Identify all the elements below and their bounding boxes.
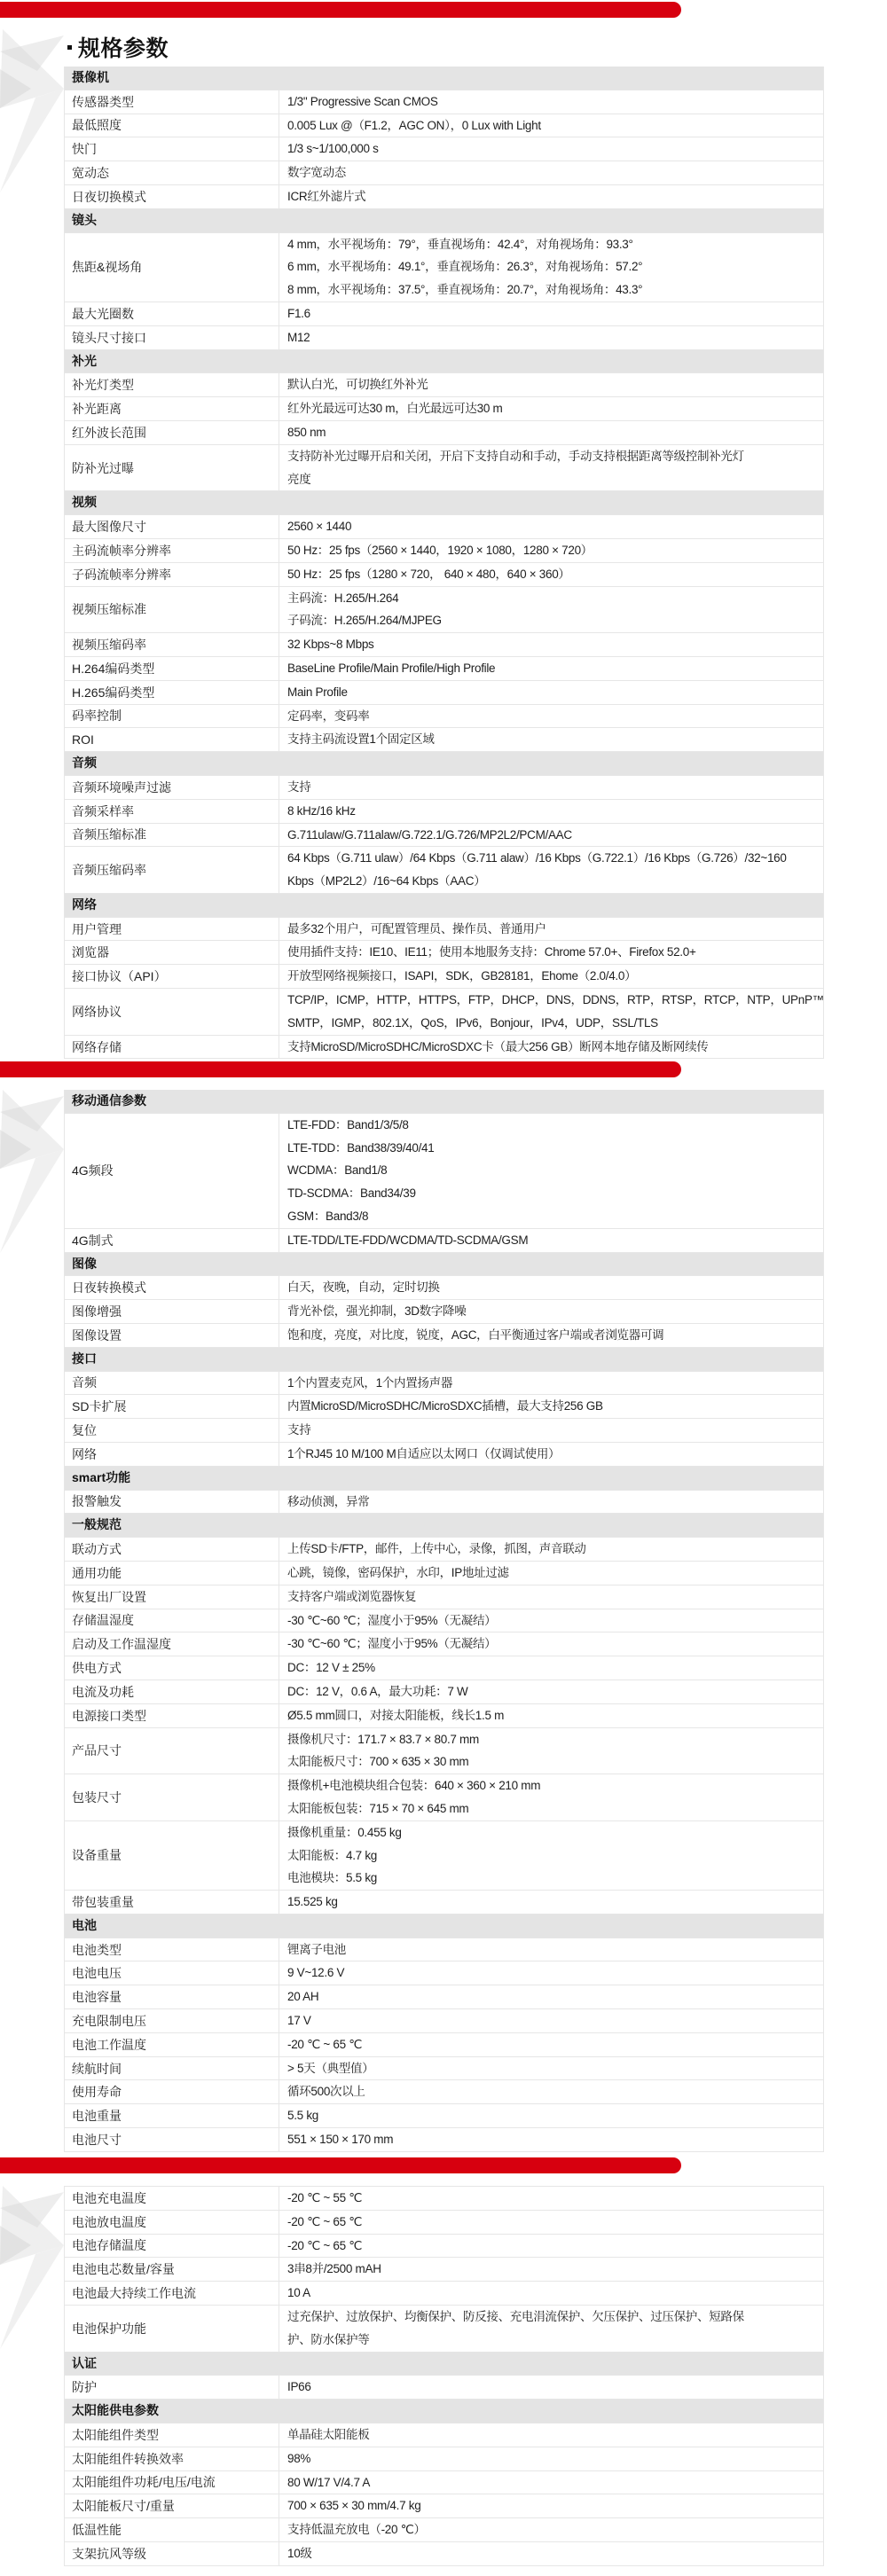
spec-label: 网络存储 (65, 1036, 279, 1059)
spec-label: 存储温湿度 (65, 1609, 279, 1633)
spec-value-line: 支持 (287, 1419, 823, 1442)
spec-row: 图像设置饱和度，亮度，对比度，锐度，AGC，白平衡通过客户端或者浏览器可调 (64, 1324, 824, 1348)
spec-value-line: BaseLine Profile/Main Profile/High Profi… (287, 657, 823, 680)
spec-value-line: LTE-FDD：Band1/3/5/8 (287, 1114, 823, 1137)
spec-value-line: LTE-TDD：Band38/39/40/41 (287, 1137, 823, 1160)
spec-row: 最大图像尺寸2560 × 1440 (64, 515, 824, 539)
spec-row: 电池放电温度-20 ℃ ~ 65 ℃ (64, 2211, 824, 2235)
section-header: 镜头 (64, 209, 824, 233)
spec-row: 电流及功耗DC：12 V，0.6 A，最大功耗：7 W (64, 1680, 824, 1704)
spec-value: 1个内置麦克风，1个内置扬声器 (279, 1372, 823, 1395)
spec-value-line: 摄像机尺寸：171.7 × 83.7 × 80.7 mm (287, 1728, 823, 1751)
spec-row: 网络存储支持MicroSD/MicroSDHC/MicroSDXC卡（最大256… (64, 1036, 824, 1060)
spec-row: 支架抗风等级10级 (64, 2542, 824, 2566)
spec-value: 10级 (279, 2542, 823, 2565)
spec-value: 700 × 635 × 30 mm/4.7 kg (279, 2494, 823, 2517)
spec-label: H.264编码类型 (65, 657, 279, 680)
spec-value: 循环500次以上 (279, 2080, 823, 2103)
spec-value-line: 8 mm，水平视场角：37.5°，垂直视场角：20.7°，对角视场角：43.3° (287, 278, 823, 301)
spec-row: 报警触发移动侦测，异常 (64, 1491, 824, 1515)
spec-value-line: -20 ℃ ~ 65 ℃ (287, 2211, 823, 2234)
spec-label: 最大光圈数 (65, 302, 279, 325)
spec-label: 支架抗风等级 (65, 2542, 279, 2565)
spec-row: 防护IP66 (64, 2376, 824, 2400)
section-header: 接口 (64, 1348, 824, 1372)
spec-label: 电池重量 (65, 2104, 279, 2127)
section-header: smart功能 (64, 1467, 824, 1491)
spec-label: 接口协议（API） (65, 965, 279, 988)
spec-value-line: 数字宽动态 (287, 161, 823, 184)
spec-label: 电池工作温度 (65, 2033, 279, 2056)
spec-row: 恢复出厂设置支持客户端或浏览器恢复 (64, 1586, 824, 1609)
spec-row: 电池存储温度-20 ℃ ~ 65 ℃ (64, 2235, 824, 2259)
spec-value-line: -20 ℃ ~ 65 ℃ (287, 2033, 823, 2056)
spec-value-line: -20 ℃ ~ 55 ℃ (287, 2187, 823, 2210)
spec-label: 设备重量 (65, 1821, 279, 1890)
spec-value-line: 过充保护、过放保护、均衡保护、防反接、充电涓流保护、欠压保护、过压保护、短路保 (287, 2306, 823, 2329)
spec-label: 补光距离 (65, 397, 279, 420)
spec-table-page-1: 摄像机传感器类型1/3" Progressive Scan CMOS最低照度0.… (64, 67, 824, 1059)
section-header-label: smart功能 (72, 1467, 130, 1490)
spec-value-line: 单晶硅太阳能板 (287, 2423, 823, 2447)
spec-row: 镜头尺寸接口M12 (64, 326, 824, 350)
spec-value-line: 支持低温充放电（-20 ℃） (287, 2518, 823, 2541)
spec-value-line: 15.525 kg (287, 1891, 823, 1914)
spec-value-line: 定码率，变码率 (287, 705, 823, 728)
spec-label: 4G制式 (65, 1229, 279, 1252)
spec-row: 启动及工作温湿度-30 ℃~60 ℃；湿度小于95%（无凝结） (64, 1633, 824, 1656)
spec-row: H.265编码类型Main Profile (64, 681, 824, 705)
spec-value-line: 32 Kbps~8 Mbps (287, 633, 823, 656)
spec-value: 0.005 Lux @（F1.2，AGC ON），0 Lux with Ligh… (279, 114, 823, 137)
spec-row: 电池电压9 V~12.6 V (64, 1961, 824, 1985)
spec-label: 太阳能板尺寸/重量 (65, 2494, 279, 2517)
spec-label: 充电限制电压 (65, 2009, 279, 2032)
spec-value-line: 6 mm，水平视场角：49.1°，垂直视场角：26.3°，对角视场角：57.2° (287, 255, 823, 278)
section-header: 图像 (64, 1253, 824, 1277)
spec-value: 过充保护、过放保护、均衡保护、防反接、充电涓流保护、欠压保护、过压保护、短路保护… (279, 2306, 823, 2352)
spec-label: 音频压缩码率 (65, 847, 279, 893)
spec-value-line: WCDMA：Band1/8 (287, 1159, 823, 1182)
spec-value: TCP/IP，ICMP，HTTP，HTTPS，FTP，DHCP，DNS，DDNS… (279, 989, 823, 1035)
spec-label: 焦距&视场角 (65, 233, 279, 301)
spec-value-line: DC：12 V ± 25% (287, 1656, 823, 1679)
spec-value-line: 上传SD卡/FTP，邮件，上传中心，录像，抓图，声音联动 (287, 1538, 823, 1561)
spec-row: 焦距&视场角4 mm，水平视场角：79°，垂直视场角：42.4°，对角视场角：9… (64, 233, 824, 302)
spec-label: 最低照度 (65, 114, 279, 137)
section-header-label: 一般规范 (72, 1514, 122, 1537)
section-header-label: 认证 (72, 2353, 97, 2376)
spec-value: 摄像机尺寸：171.7 × 83.7 × 80.7 mm太阳能板尺寸：700 ×… (279, 1728, 823, 1774)
spec-value: 移动侦测，异常 (279, 1491, 823, 1514)
section-header-label: 摄像机 (72, 67, 109, 90)
spec-value-line: LTE-TDD/LTE-FDD/WCDMA/TD-SCDMA/GSM (287, 1229, 823, 1252)
spec-value-line: 开放型网络视频接口，ISAPI，SDK，GB28181，Ehome（2.0/4.… (287, 965, 823, 988)
spec-value: 上传SD卡/FTP，邮件，上传中心，录像，抓图，声音联动 (279, 1538, 823, 1561)
spec-row: 传感器类型1/3" Progressive Scan CMOS (64, 90, 824, 114)
spec-row: 音频压缩码率64 Kbps（G.711 ulaw）/64 Kbps（G.711 … (64, 847, 824, 894)
spec-row: 浏览器使用插件支持：IE10、IE11；使用本地服务支持：Chrome 57.0… (64, 941, 824, 965)
spec-value-line: 内置MicroSD/MicroSDHC/MicroSDXC插槽，最大支持256 … (287, 1395, 823, 1418)
section-header: 移动通信参数 (64, 1090, 824, 1114)
spec-row: H.264编码类型BaseLine Profile/Main Profile/H… (64, 657, 824, 681)
spec-value: 2560 × 1440 (279, 515, 823, 538)
spec-value: 支持 (279, 1419, 823, 1442)
spec-row: 包装尺寸摄像机+电池模块组合包装：640 × 360 × 210 mm太阳能板包… (64, 1774, 824, 1821)
spec-label: 传感器类型 (65, 90, 279, 114)
spec-row: 太阳能组件转换效率98% (64, 2447, 824, 2471)
spec-row: 图像增强背光补偿，强光抑制，3D数字降噪 (64, 1300, 824, 1324)
spec-label: 电池尺寸 (65, 2128, 279, 2151)
spec-row: 4G制式LTE-TDD/LTE-FDD/WCDMA/TD-SCDMA/GSM (64, 1229, 824, 1253)
spec-value: 850 nm (279, 421, 823, 444)
decorative-triangles-icon (0, 18, 71, 195)
spec-row: 通用功能心跳，镜像，密码保护，水印，IP地址过滤 (64, 1562, 824, 1586)
spec-row: 电池重量5.5 kg (64, 2104, 824, 2128)
spec-value-line: 默认白光，可切换红外补光 (287, 373, 823, 396)
spec-label: 复位 (65, 1419, 279, 1442)
spec-label: 图像增强 (65, 1300, 279, 1323)
spec-row: 音频采样率8 kHz/16 kHz (64, 800, 824, 824)
spec-value: M12 (279, 326, 823, 349)
spec-label: 电池电压 (65, 1961, 279, 1985)
spec-value: 50 Hz：25 fps（1280 × 720， 640 × 480，640 ×… (279, 563, 823, 586)
spec-value: IP66 (279, 2376, 823, 2399)
spec-value: 64 Kbps（G.711 ulaw）/64 Kbps（G.711 alaw）/… (279, 847, 823, 893)
spec-value-line: 亮度 (287, 468, 823, 491)
spec-label: 补光灯类型 (65, 373, 279, 396)
spec-value: 红外光最远可达30 m，白光最远可达30 m (279, 397, 823, 420)
spec-value: 1/3" Progressive Scan CMOS (279, 90, 823, 114)
spec-value: 8 kHz/16 kHz (279, 800, 823, 823)
spec-label: 低温性能 (65, 2518, 279, 2541)
spec-row: 接口协议（API）开放型网络视频接口，ISAPI，SDK，GB28181，Eho… (64, 965, 824, 989)
spec-value: 支持MicroSD/MicroSDHC/MicroSDXC卡（最大256 GB）… (279, 1036, 823, 1059)
spec-label: 音频 (65, 1372, 279, 1395)
spec-row: SD卡扩展内置MicroSD/MicroSDHC/MicroSDXC插槽，最大支… (64, 1395, 824, 1419)
spec-value-line: 支持主码流设置1个固定区域 (287, 728, 823, 751)
spec-value-line: 98% (287, 2447, 823, 2470)
spec-value-line: 心跳，镜像，密码保护，水印，IP地址过滤 (287, 1562, 823, 1585)
spec-value: 50 Hz：25 fps（2560 × 1440，1920 × 1080，128… (279, 539, 823, 562)
red-header-bar (0, 1061, 681, 1077)
spec-value-line: SMTP，IGMP，802.1X，QoS，IPv6，Bonjour，IPv4，U… (287, 1012, 823, 1035)
spec-value-line: 最多32个用户，可配置管理员、操作员、普通用户 (287, 918, 823, 941)
spec-label: 电池最大持续工作电流 (65, 2282, 279, 2305)
spec-label: 电源接口类型 (65, 1704, 279, 1727)
spec-row: 电池电芯数量/容量3串8并/2500 mAH (64, 2258, 824, 2282)
spec-row: 电池尺寸551 × 150 × 170 mm (64, 2128, 824, 2152)
spec-label: 码率控制 (65, 705, 279, 728)
spec-row: 音频压缩标准G.711ulaw/G.711alaw/G.722.1/G.726/… (64, 824, 824, 848)
section-header-label: 补光 (72, 350, 97, 373)
section-header: 摄像机 (64, 67, 824, 90)
section-header: 视频 (64, 491, 824, 515)
section-header-label: 太阳能供电参数 (72, 2400, 159, 2423)
spec-row: 宽动态数字宽动态 (64, 161, 824, 185)
spec-row: 供电方式DC：12 V ± 25% (64, 1656, 824, 1680)
spec-value-line: 背光补偿，强光抑制，3D数字降噪 (287, 1300, 823, 1323)
spec-label: SD卡扩展 (65, 1395, 279, 1418)
spec-row: 码率控制定码率，变码率 (64, 705, 824, 729)
spec-label: 视频压缩码率 (65, 633, 279, 656)
spec-value: LTE-FDD：Band1/3/5/8LTE-TDD：Band38/39/40/… (279, 1114, 823, 1228)
spec-label: 浏览器 (65, 941, 279, 964)
spec-value-line: 太阳能板包装：715 × 70 × 645 mm (287, 1797, 823, 1820)
spec-value-line: GSM：Band3/8 (287, 1205, 823, 1228)
spec-value: 551 × 150 × 170 mm (279, 2128, 823, 2151)
spec-value: 内置MicroSD/MicroSDHC/MicroSDXC插槽，最大支持256 … (279, 1395, 823, 1418)
spec-label: 启动及工作温湿度 (65, 1633, 279, 1656)
spec-value: G.711ulaw/G.711alaw/G.722.1/G.726/MP2L2/… (279, 824, 823, 847)
spec-label: 恢复出厂设置 (65, 1586, 279, 1609)
spec-row: 4G频段LTE-FDD：Band1/3/5/8LTE-TDD：Band38/39… (64, 1114, 824, 1229)
spec-row: 音频1个内置麦克风，1个内置扬声器 (64, 1372, 824, 1396)
spec-label: 子码流帧率分辨率 (65, 563, 279, 586)
spec-label: 防护 (65, 2376, 279, 2399)
spec-row: 补光距离红外光最远可达30 m，白光最远可达30 m (64, 397, 824, 421)
spec-value: 1个RJ45 10 M/100 M自适应以太网口（仅调试使用） (279, 1443, 823, 1466)
spec-value: 单晶硅太阳能板 (279, 2423, 823, 2447)
spec-label: 图像设置 (65, 1324, 279, 1347)
spec-row: 续航时间> 5天（典型值） (64, 2057, 824, 2081)
spec-row: 视频压缩标准主码流：H.265/H.264子码流：H.265/H.264/MJP… (64, 587, 824, 634)
spec-label: 网络协议 (65, 989, 279, 1035)
spec-value-line: 子码流：H.265/H.264/MJPEG (287, 609, 823, 632)
spec-label: 续航时间 (65, 2057, 279, 2080)
spec-row: 设备重量摄像机重量：0.455 kg太阳能板：4.7 kg电池模块：5.5 kg (64, 1821, 824, 1891)
section-header: 认证 (64, 2353, 824, 2376)
spec-value-line: 支持防补光过曝开启和关闭，开启下支持自动和手动，手动支持根据距离等级控制补光灯 (287, 445, 823, 468)
spec-label: 4G频段 (65, 1114, 279, 1228)
spec-value-line: 移动侦测，异常 (287, 1491, 823, 1514)
spec-row: 日夜转换模式白天，夜晚，自动，定时切换 (64, 1276, 824, 1300)
spec-value: -20 ℃ ~ 65 ℃ (279, 2211, 823, 2234)
spec-value-line: -20 ℃ ~ 65 ℃ (287, 2235, 823, 2258)
spec-value-line: -30 ℃~60 ℃；湿度小于95%（无凝结） (287, 1633, 823, 1656)
spec-row: 最低照度0.005 Lux @（F1.2，AGC ON），0 Lux with … (64, 114, 824, 138)
spec-value-line: 1个RJ45 10 M/100 M自适应以太网口（仅调试使用） (287, 1443, 823, 1466)
spec-value-line: 0.005 Lux @（F1.2，AGC ON），0 Lux with Ligh… (287, 114, 823, 137)
spec-value-line: 护、防水保护等 (287, 2329, 823, 2352)
spec-value: F1.6 (279, 302, 823, 325)
spec-row: 最大光圈数F1.6 (64, 302, 824, 326)
spec-value-line: 1/3" Progressive Scan CMOS (287, 90, 823, 114)
spec-value-line: ICR红外滤片式 (287, 185, 823, 208)
spec-value-line: 17 V (287, 2009, 823, 2032)
spec-value: > 5天（典型值） (279, 2057, 823, 2080)
spec-row: 电池容量20 AH (64, 1985, 824, 2009)
spec-label: 联动方式 (65, 1538, 279, 1561)
spec-value-line: G.711ulaw/G.711alaw/G.722.1/G.726/MP2L2/… (287, 824, 823, 847)
decorative-triangles-icon (0, 2174, 71, 2352)
spec-value: ICR红外滤片式 (279, 185, 823, 208)
spec-value-line: 700 × 635 × 30 mm/4.7 kg (287, 2494, 823, 2517)
spec-value-line: M12 (287, 326, 823, 349)
spec-value-line: 摄像机+电池模块组合包装：640 × 360 × 210 mm (287, 1774, 823, 1797)
spec-label: 太阳能组件功耗/电压/电流 (65, 2471, 279, 2494)
spec-row: 主码流帧率分辨率50 Hz：25 fps（2560 × 1440，1920 × … (64, 539, 824, 563)
spec-label: 电池放电温度 (65, 2211, 279, 2234)
spec-value-line: Ø5.5 mm圆口，对接太阳能板，线长1.5 m (287, 1704, 823, 1727)
spec-row: 视频压缩码率32 Kbps~8 Mbps (64, 633, 824, 657)
spec-label: 镜头尺寸接口 (65, 326, 279, 349)
spec-label: 音频采样率 (65, 800, 279, 823)
spec-value-line: 使用插件支持：IE10、IE11；使用本地服务支持：Chrome 57.0+、F… (287, 941, 823, 964)
spec-label: 产品尺寸 (65, 1728, 279, 1774)
section-header: 一般规范 (64, 1514, 824, 1538)
spec-value-line: 电池模块：5.5 kg (287, 1867, 823, 1890)
spec-value: 80 W/17 V/4.7 A (279, 2471, 823, 2494)
spec-row: 存储温湿度-30 ℃~60 ℃；湿度小于95%（无凝结） (64, 1609, 824, 1633)
spec-row: 电池保护功能过充保护、过放保护、均衡保护、防反接、充电涓流保护、欠压保护、过压保… (64, 2306, 824, 2353)
title-bullet-icon (67, 45, 72, 50)
spec-value: 17 V (279, 2009, 823, 2032)
section-header-label: 移动通信参数 (72, 1090, 146, 1113)
spec-value: DC：12 V，0.6 A，最大功耗：7 W (279, 1680, 823, 1703)
spec-value-line: 50 Hz：25 fps（2560 × 1440，1920 × 1080，128… (287, 539, 823, 562)
spec-row: 电池工作温度-20 ℃ ~ 65 ℃ (64, 2033, 824, 2057)
spec-row: 低温性能支持低温充放电（-20 ℃） (64, 2518, 824, 2542)
spec-value: 9 V~12.6 V (279, 1961, 823, 1985)
spec-value-line: 10 A (287, 2282, 823, 2305)
spec-label: 通用功能 (65, 1562, 279, 1585)
spec-label: 最大图像尺寸 (65, 515, 279, 538)
spec-value: 支持防补光过曝开启和关闭，开启下支持自动和手动，手动支持根据距离等级控制补光灯亮… (279, 445, 823, 491)
spec-value: 开放型网络视频接口，ISAPI，SDK，GB28181，Ehome（2.0/4.… (279, 965, 823, 988)
spec-value-line: 3串8并/2500 mAH (287, 2258, 823, 2281)
spec-label: 报警触发 (65, 1491, 279, 1514)
spec-label: 供电方式 (65, 1656, 279, 1679)
spec-value: 饱和度，亮度，对比度，锐度，AGC，白平衡通过客户端或者浏览器可调 (279, 1324, 823, 1347)
spec-value-line: 9 V~12.6 V (287, 1961, 823, 1985)
spec-value: -20 ℃ ~ 55 ℃ (279, 2187, 823, 2210)
spec-value-line: TCP/IP，ICMP，HTTP，HTTPS，FTP，DHCP，DNS，DDNS… (287, 989, 823, 1012)
spec-label: 音频环境噪声过滤 (65, 776, 279, 799)
section-header-label: 音频 (72, 752, 97, 775)
spec-row: 日夜切换模式ICR红外滤片式 (64, 185, 824, 209)
spec-value: 支持客户端或浏览器恢复 (279, 1586, 823, 1609)
spec-row: 用户管理最多32个用户，可配置管理员、操作员、普通用户 (64, 918, 824, 942)
spec-value: 32 Kbps~8 Mbps (279, 633, 823, 656)
spec-row: 使用寿命循环500次以上 (64, 2080, 824, 2104)
spec-label: 电池容量 (65, 1985, 279, 2008)
spec-value-line: 支持 (287, 776, 823, 799)
spec-value-line: 5.5 kg (287, 2104, 823, 2127)
spec-value: 10 A (279, 2282, 823, 2305)
spec-value-line: 2560 × 1440 (287, 515, 823, 538)
spec-row: 防补光过曝支持防补光过曝开启和关闭，开启下支持自动和手动，手动支持根据距离等级控… (64, 445, 824, 492)
spec-row: 红外波长范围850 nm (64, 421, 824, 445)
spec-row: 电池类型锂离子电池 (64, 1938, 824, 1962)
spec-value-line: 850 nm (287, 421, 823, 444)
spec-value-line: 支持MicroSD/MicroSDHC/MicroSDXC卡（最大256 GB）… (287, 1036, 823, 1059)
spec-row: 产品尺寸摄像机尺寸：171.7 × 83.7 × 80.7 mm太阳能板尺寸：7… (64, 1728, 824, 1775)
spec-label: 网络 (65, 1443, 279, 1466)
section-header: 电池 (64, 1914, 824, 1938)
spec-value-line: 锂离子电池 (287, 1938, 823, 1961)
section-header-label: 电池 (72, 1914, 97, 1938)
spec-value-line: DC：12 V，0.6 A，最大功耗：7 W (287, 1680, 823, 1703)
spec-label: 红外波长范围 (65, 421, 279, 444)
spec-value-line: 红外光最远可达30 m，白光最远可达30 m (287, 397, 823, 420)
spec-value: LTE-TDD/LTE-FDD/WCDMA/TD-SCDMA/GSM (279, 1229, 823, 1252)
spec-value: 支持低温充放电（-20 ℃） (279, 2518, 823, 2541)
spec-value: 1/3 s~1/100,000 s (279, 137, 823, 161)
spec-label: ROI (65, 728, 279, 751)
spec-row: 子码流帧率分辨率50 Hz：25 fps（1280 × 720， 640 × 4… (64, 563, 824, 587)
spec-value-line: 80 W/17 V/4.7 A (287, 2471, 823, 2494)
spec-row: 快门1/3 s~1/100,000 s (64, 137, 824, 161)
spec-value-line: 太阳能板：4.7 kg (287, 1844, 823, 1867)
spec-value: 5.5 kg (279, 2104, 823, 2127)
spec-value: 15.525 kg (279, 1891, 823, 1914)
section-header: 太阳能供电参数 (64, 2400, 824, 2423)
section-header-label: 镜头 (72, 209, 97, 232)
spec-value: 数字宽动态 (279, 161, 823, 184)
spec-value: Main Profile (279, 681, 823, 704)
spec-value-line: F1.6 (287, 302, 823, 325)
spec-label: 带包装重量 (65, 1891, 279, 1914)
spec-value-line: 1/3 s~1/100,000 s (287, 137, 823, 161)
spec-value-line: 白天，夜晚，自动，定时切换 (287, 1276, 823, 1299)
spec-label: 快门 (65, 137, 279, 161)
spec-value-line: -30 ℃~60 ℃；湿度小于95%（无凝结） (287, 1609, 823, 1633)
spec-row: ROI支持主码流设置1个固定区域 (64, 728, 824, 752)
spec-value: 使用插件支持：IE10、IE11；使用本地服务支持：Chrome 57.0+、F… (279, 941, 823, 964)
spec-row: 太阳能组件类型单晶硅太阳能板 (64, 2423, 824, 2447)
spec-label: 太阳能组件类型 (65, 2423, 279, 2447)
spec-value-line: 循环500次以上 (287, 2080, 823, 2103)
spec-value: 20 AH (279, 1985, 823, 2008)
spec-label: 电流及功耗 (65, 1680, 279, 1703)
spec-value: 白天，夜晚，自动，定时切换 (279, 1276, 823, 1299)
spec-row: 网络协议TCP/IP，ICMP，HTTP，HTTPS，FTP，DHCP，DNS，… (64, 989, 824, 1036)
spec-value: 主码流：H.265/H.264子码流：H.265/H.264/MJPEG (279, 587, 823, 633)
spec-value-line: TD-SCDMA：Band34/39 (287, 1182, 823, 1205)
spec-value: 3串8并/2500 mAH (279, 2258, 823, 2281)
spec-label: 电池保护功能 (65, 2306, 279, 2352)
spec-value-line: 50 Hz：25 fps（1280 × 720， 640 × 480，640 ×… (287, 563, 823, 586)
spec-row: 太阳能板尺寸/重量700 × 635 × 30 mm/4.7 kg (64, 2494, 824, 2518)
spec-value-line: IP66 (287, 2376, 823, 2399)
spec-label: 防补光过曝 (65, 445, 279, 491)
spec-label: 音频压缩标准 (65, 824, 279, 847)
spec-row: 太阳能组件功耗/电压/电流80 W/17 V/4.7 A (64, 2471, 824, 2495)
spec-value-line: 20 AH (287, 1985, 823, 2008)
spec-label: 视频压缩标准 (65, 587, 279, 633)
spec-label: 电池类型 (65, 1938, 279, 1961)
spec-label: 包装尺寸 (65, 1774, 279, 1820)
decorative-triangles-icon (0, 1078, 71, 1256)
spec-label: 电池电芯数量/容量 (65, 2258, 279, 2281)
spec-value: 4 mm，水平视场角：79°，垂直视场角：42.4°，对角视场角：93.3°6 … (279, 233, 823, 301)
spec-value-line: Main Profile (287, 681, 823, 704)
spec-value: 背光补偿，强光抑制，3D数字降噪 (279, 1300, 823, 1323)
spec-value: 锂离子电池 (279, 1938, 823, 1961)
red-header-bar (0, 2, 681, 18)
page-title: 规格参数 (67, 34, 169, 60)
spec-value: 定码率，变码率 (279, 705, 823, 728)
spec-value-line: 主码流：H.265/H.264 (287, 587, 823, 610)
section-header: 补光 (64, 350, 824, 374)
spec-row: 网络1个RJ45 10 M/100 M自适应以太网口（仅调试使用） (64, 1443, 824, 1467)
spec-value: 支持主码流设置1个固定区域 (279, 728, 823, 751)
spec-row: 音频环境噪声过滤支持 (64, 776, 824, 800)
red-header-bar (0, 2157, 681, 2173)
spec-row: 带包装重量15.525 kg (64, 1891, 824, 1914)
section-header-label: 视频 (72, 491, 97, 514)
